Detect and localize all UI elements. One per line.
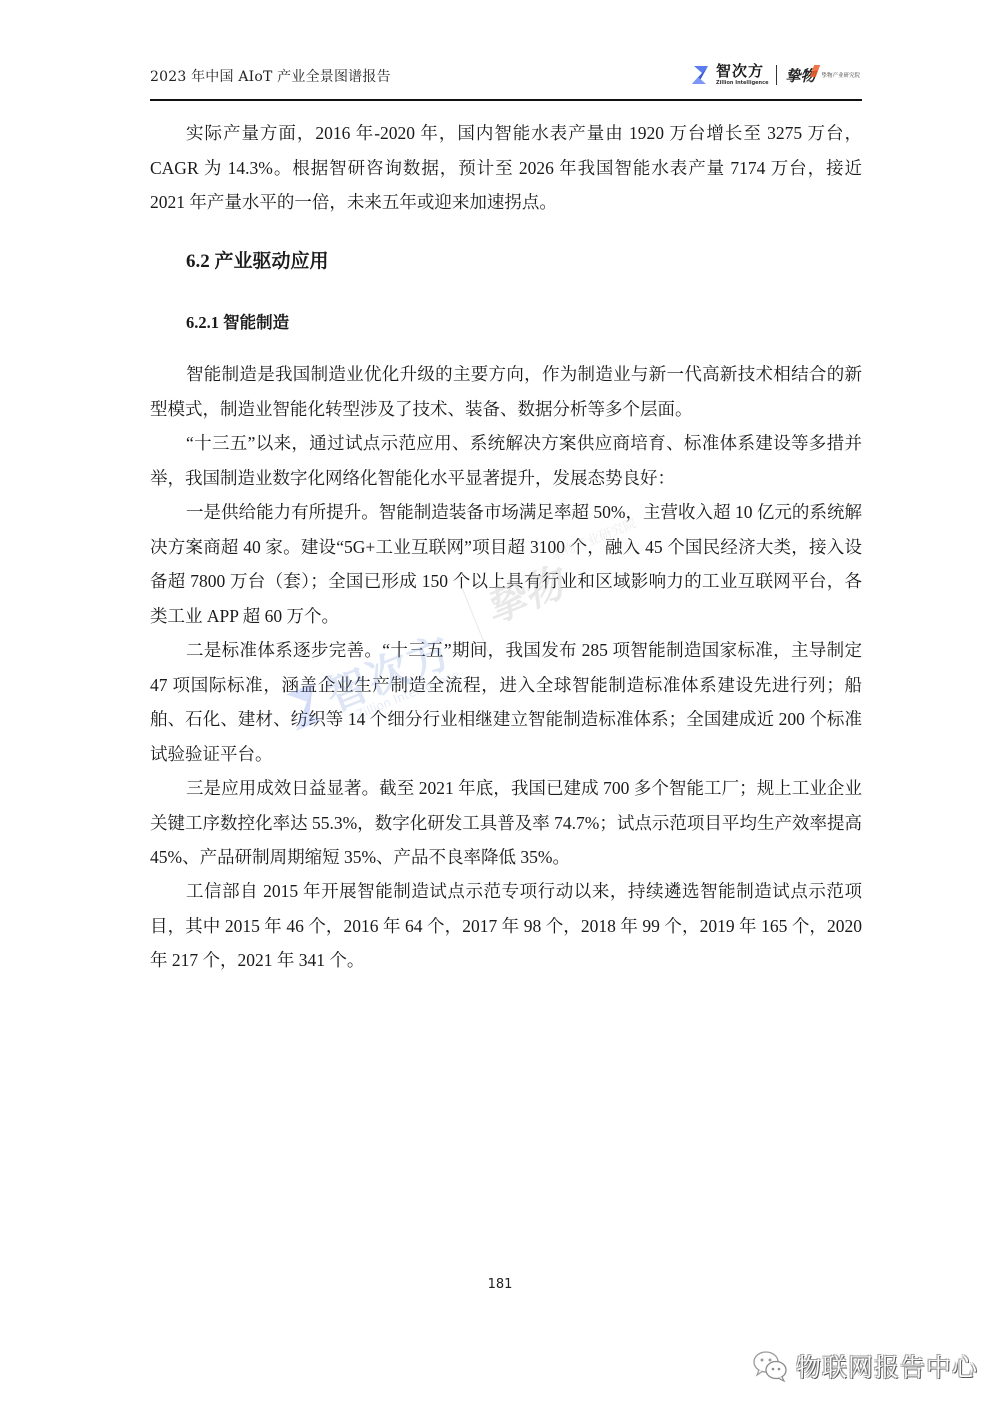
- zhicifang-logo-text: 智次方: [716, 64, 764, 79]
- report-title: 2023 年中国 AIoT 产业全景图谱报告: [150, 66, 391, 86]
- paragraph-water-meter: 实际产量方面，2016 年-2020 年，国内智能水表产量由 1920 万台增长…: [150, 116, 862, 220]
- section-heading: 6.2 产业驱动应用: [186, 246, 329, 273]
- paragraph-text: 智能制造是我国制造业优化升级的主要方向，作为制造业与新一代高新技术相结合的新型模…: [150, 357, 862, 426]
- paragraph-text: 二是标准体系逐步完善。“十三五”期间，我国发布 285 项智能制造国家标准，主导…: [150, 633, 862, 771]
- paragraph-application: 三是应用成效日益显著。截至 2021 年底，我国已建成 700 多个智能工厂；规…: [150, 771, 862, 875]
- panwu-logo-sub: 挚物产业研究院: [821, 71, 860, 79]
- paragraph-standards: 二是标准体系逐步完善。“十三五”期间，我国发布 285 项智能制造国家标准，主导…: [150, 633, 862, 771]
- subsection-heading: 6.2.1 智能制造: [186, 309, 289, 333]
- paragraph-13th-five-year: “十三五”以来，通过试点示范应用、系统解决方案供应商培育、标准体系建设等多措并举…: [150, 426, 862, 495]
- document-page: 2023 年中国 AIoT 产业全景图谱报告 智次方 Zillion Intel…: [0, 0, 1000, 1415]
- zhicifang-logo-icon: [688, 63, 712, 87]
- paragraph-text: 三是应用成效日益显著。截至 2021 年底，我国已建成 700 多个智能工厂；规…: [150, 771, 862, 875]
- paragraph-supply-capacity: 一是供给能力有所提升。智能制造装备市场满足率超 50%，主营收入超 10 亿元的…: [150, 495, 862, 633]
- header-logos: 智次方 Zillion Intelligence 挚物 挚物产业研究院: [688, 60, 860, 90]
- logo-divider: [776, 65, 777, 85]
- paragraph-text: “十三五”以来，通过试点示范应用、系统解决方案供应商培育、标准体系建设等多措并举…: [150, 426, 862, 495]
- panwu-logo: 挚物: [785, 65, 815, 86]
- paragraph-text: 工信部自 2015 年开展智能制造试点示范专项行动以来，持续遴选智能制造试点示范…: [150, 874, 862, 978]
- paragraph-text: 一是供给能力有所提升。智能制造装备市场满足率超 50%，主营收入超 10 亿元的…: [150, 495, 862, 633]
- page-header: 2023 年中国 AIoT 产业全景图谱报告 智次方 Zillion Intel…: [150, 66, 860, 102]
- page-number: 181: [0, 1277, 1000, 1292]
- paragraph-intro: 智能制造是我国制造业优化升级的主要方向，作为制造业与新一代高新技术相结合的新型模…: [150, 357, 862, 426]
- paragraph-text: 实际产量方面，2016 年-2020 年，国内智能水表产量由 1920 万台增长…: [150, 116, 862, 220]
- wechat-watermark: 物联网报告中心: [752, 1348, 978, 1384]
- header-divider: [150, 99, 862, 101]
- zhicifang-logo-en: Zillion Intelligence: [716, 81, 768, 86]
- wechat-account-name: 物联网报告中心: [796, 1348, 978, 1384]
- wechat-icon: [752, 1349, 788, 1383]
- zhicifang-logo: 智次方 Zillion Intelligence: [716, 64, 768, 86]
- paragraph-pilot-projects: 工信部自 2015 年开展智能制造试点示范专项行动以来，持续遴选智能制造试点示范…: [150, 874, 862, 978]
